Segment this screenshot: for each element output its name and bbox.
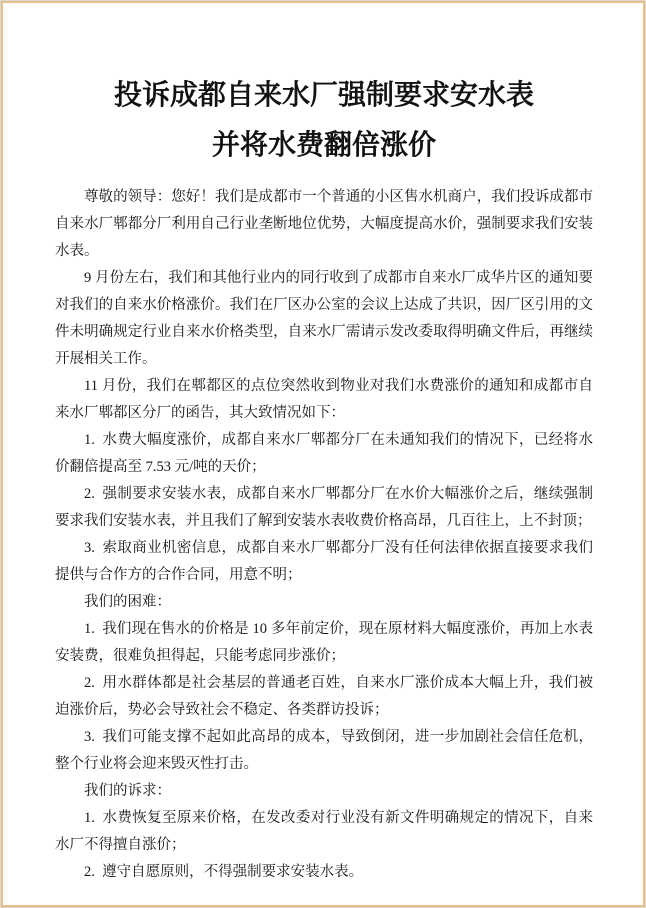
complaint-item-2: 2. 强制要求安装水表，成都自来水厂郫都分厂在水价大幅涨价之后，继续强制要求我们… bbox=[55, 481, 593, 535]
paragraph-greeting: 尊敬的领导：您好！我们是成都市一个普通的小区售水机商户，我们投诉成都市自来水厂郫… bbox=[55, 184, 593, 265]
demand-item-1: 1. 水费恢复至原来价格，在发改委对行业没有新文件明确规定的情况下，自来水厂不得… bbox=[55, 805, 593, 859]
document-title-line-2: 并将水费翻倍涨价 bbox=[55, 129, 593, 163]
paragraph-september: 9 月份左右，我们和其他行业内的同行收到了成都市自来水厂成华片区的通知要对我们的… bbox=[55, 265, 593, 373]
demand-item-2: 2. 遵守自愿原则，不得强制要求安装水表。 bbox=[55, 859, 593, 886]
difficulty-item-3: 3. 我们可能支撑不起如此高昂的成本，导致倒闭，进一步加剧社会信任危机，整个行业… bbox=[55, 724, 593, 778]
document-title-line-1: 投诉成都自来水厂强制要求安水表 bbox=[55, 79, 593, 113]
demands-heading: 我们的诉求： bbox=[55, 778, 593, 805]
document-page: 投诉成都自来水厂强制要求安水表 并将水费翻倍涨价 尊敬的领导：您好！我们是成都市… bbox=[1, 1, 645, 907]
paragraph-november: 11 月份，我们在郫都区的点位突然收到物业对我们水费涨价的通知和成都市自来水厂郫… bbox=[55, 373, 593, 427]
difficulty-item-1: 1. 我们现在售水的价格是 10 多年前定价，现在原材料大幅度涨价，再加上水表安… bbox=[55, 616, 593, 670]
difficulty-item-2: 2. 用水群体都是社会基层的普通老百姓，自来水厂涨价成本大幅上升，我们被迫涨价后… bbox=[55, 670, 593, 724]
difficulties-heading: 我们的困难： bbox=[55, 589, 593, 616]
document-content: 投诉成都自来水厂强制要求安水表 并将水费翻倍涨价 尊敬的领导：您好！我们是成都市… bbox=[3, 79, 643, 886]
document-body: 尊敬的领导：您好！我们是成都市一个普通的小区售水机商户，我们投诉成都市自来水厂郫… bbox=[55, 184, 593, 886]
complaint-item-1: 1. 水费大幅度涨价，成都自来水厂郫都分厂在未通知我们的情况下，已经将水价翻倍提… bbox=[55, 427, 593, 481]
complaint-item-3: 3. 索取商业机密信息，成都自来水厂郫都分厂没有任何法律依据直接要求我们提供与合… bbox=[55, 535, 593, 589]
